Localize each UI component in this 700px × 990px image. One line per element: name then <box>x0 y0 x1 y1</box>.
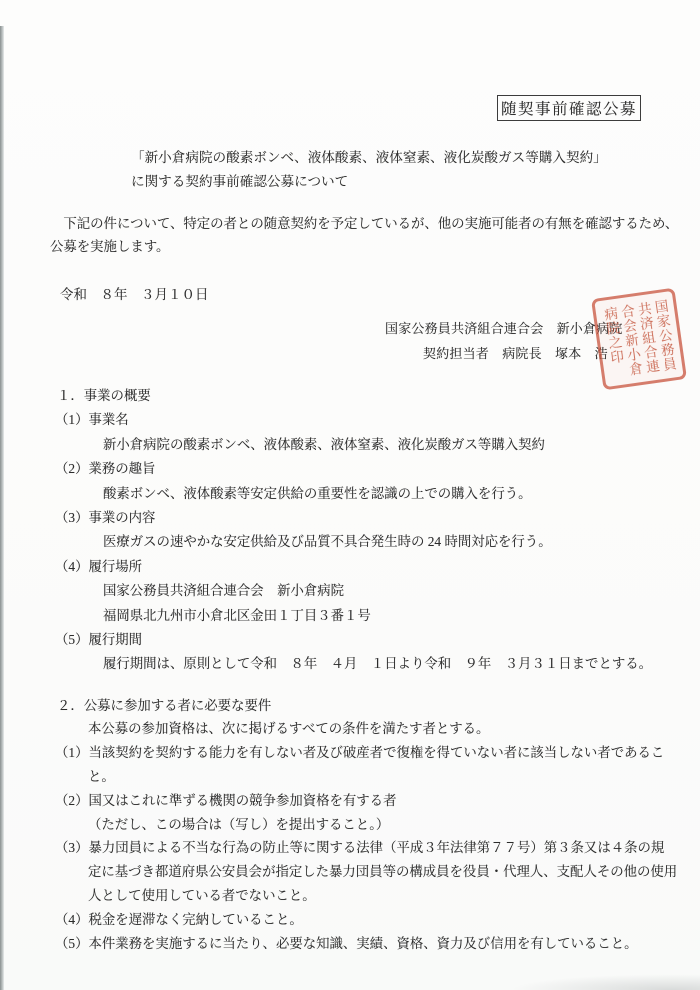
section-line: 定に基づき都道府県公安員会が指定した暴力団員等の構成員を役員・代理人、支配人その… <box>40 860 670 884</box>
section-line: （ただし、この場合は（写し）を提出すること。） <box>40 813 670 837</box>
issue-date: 令和 ８年 ３月１０日 <box>60 283 209 303</box>
scan-edge-artifact <box>0 26 4 990</box>
section-line: 医療ガスの速やかな安定供給及び品質不具合発生時の 24 時間対応を行う。 <box>40 530 670 554</box>
sections: １．事業の概要（1）事業名新小倉病院の酸素ボンベ、液体酸素、液体窒素、液化炭酸ガ… <box>40 384 670 955</box>
section-line: 国家公務員共済組合連合会 新小倉病院 <box>40 579 670 603</box>
section-line: （3）暴力団員による不当な行為の防止等に関する法律（平成３年法律第７７号）第３条… <box>40 836 670 860</box>
section-line: （1）事業名 <box>40 408 670 432</box>
section-line: と。 <box>40 765 670 789</box>
intro-paragraph: 下記の件について、特定の者との随意契約を予定しているが、他の実施可能者の有無を確… <box>50 213 678 258</box>
subject-line-1: 「新小倉病院の酸素ボンベ、液体酸素、液体窒素、液化炭酸ガス等購入契約」 <box>131 150 607 165</box>
subject-line-2: に関する契約事前確認公募について <box>131 174 348 189</box>
section-line: （5）履行期間 <box>40 628 670 652</box>
intro-line-2: 公募を実施します。 <box>50 239 169 254</box>
section-line: 本公募の参加資格は、次に掲げるすべての条件を満たす者とする。 <box>40 717 670 741</box>
section-line: 酸素ボンベ、液体酸素等安定供給の重要性を認識の上での購入を行う。 <box>40 482 670 506</box>
section-heading: ２．公募に参加する者に必要な要件 <box>40 694 670 718</box>
scanned-document-page: 随契事前確認公募 「新小倉病院の酸素ボンベ、液体酸素、液体窒素、液化炭酸ガス等購… <box>0 0 700 990</box>
section-line: （4）履行場所 <box>40 555 670 579</box>
section-line: （5）本件業務を実施するに当たり、必要な知識、実績、資格、資力及び信用を有してい… <box>40 932 670 956</box>
section-line: 履行期間は、原則として令和 ８年 ４月 １日より令和 ９年 ３月３１日までとする… <box>40 652 670 676</box>
section-heading: １．事業の概要 <box>40 384 670 408</box>
issuer-contact-officer: 契約担当者 病院長 塚本 浩 <box>423 343 608 362</box>
section-line: （2）業務の趣旨 <box>40 457 670 481</box>
document-subject: 「新小倉病院の酸素ボンベ、液体酸素、液体窒素、液化炭酸ガス等購入契約」に関する契… <box>131 146 607 194</box>
official-red-seal: 国家公務員 共済組合連 合会新小倉 病院之印 <box>591 288 687 391</box>
intro-line-1: 下記の件について、特定の者との随意契約を予定しているが、他の実施可能者の有無を確… <box>50 216 678 231</box>
section-line: （1）当該契約を契約する能力を有しない者及び破産者で復権を得ていない者に該当しな… <box>40 741 670 765</box>
section-line: （4）税金を遅滞なく完納していること。 <box>40 908 670 932</box>
section-line: 福岡県北九州市小倉北区金田１丁目３番１号 <box>40 604 670 628</box>
section-line: （3）事業の内容 <box>40 506 670 530</box>
scan-shadow-artifact <box>510 974 700 990</box>
seal-text: 国家公務員 共済組合連 合会新小倉 病院之印 <box>600 298 677 379</box>
section-line: 人として使用している者でないこと。 <box>40 884 670 908</box>
section-1: １．事業の概要（1）事業名新小倉病院の酸素ボンベ、液体酸素、液体窒素、液化炭酸ガ… <box>40 384 670 677</box>
issuer-organization: 国家公務員共済組合連合会 新小倉病院 <box>385 318 623 337</box>
section-line: 新小倉病院の酸素ボンベ、液体酸素、液体窒素、液化炭酸ガス等購入契約 <box>40 433 670 457</box>
section-line: （2）国又はこれに準ずる機関の競争参加資格を有する者 <box>40 789 670 813</box>
section-2: ２．公募に参加する者に必要な要件本公募の参加資格は、次に掲げるすべての条件を満た… <box>40 694 670 956</box>
classification-stamp-box: 随契事前確認公募 <box>497 95 641 121</box>
